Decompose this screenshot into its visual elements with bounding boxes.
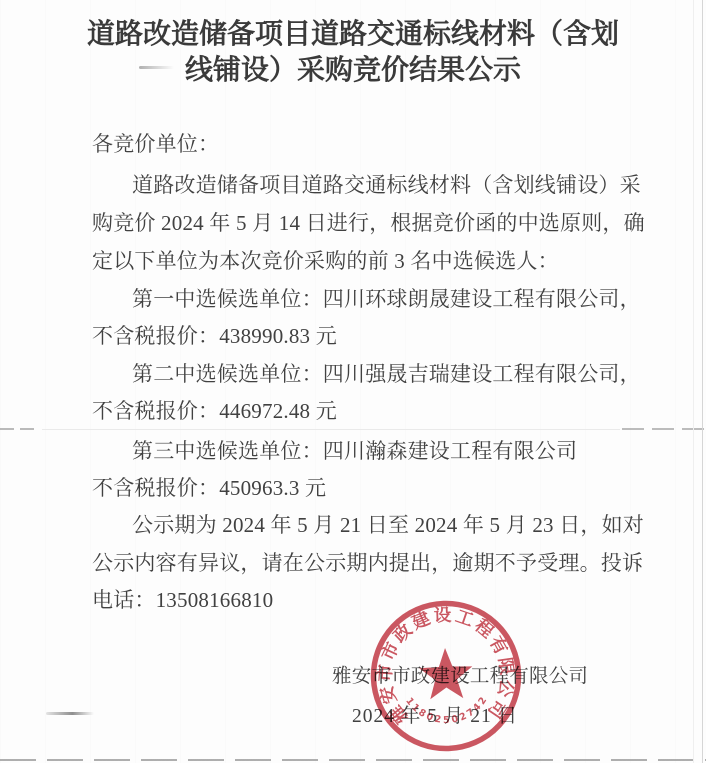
document-title-line-2: 线铺设）采购竞价结果公示 (0, 55, 706, 86)
body-line: 购竞价 2024 年 5 月 14 日进行，根据竞价函的中选原则，确 (92, 211, 645, 235)
body-line-salutation: 各竞价单位： (92, 132, 219, 156)
body-line-publicity-period: 公示期为 2024 年 5 月 21 日至 2024 年 5 月 23 日，如对 (132, 513, 644, 537)
scan-streak (622, 428, 706, 430)
body-line: 公示内容有异议，请在公示期内提出，逾期不予受理。投诉 (92, 551, 643, 575)
signature-company-name: 雅安市市政建设工程有限公司 (332, 660, 588, 688)
document-title-line-1: 道路改造储备项目道路交通标线材料（含划 (0, 19, 706, 50)
body-line: 定以下单位为本次竞价采购的前 3 名中选候选人： (92, 249, 559, 273)
scan-edge-line (702, 0, 703, 763)
body-line-first-price: 不含税报价：438990.83 元 (92, 324, 337, 348)
scan-streak (0, 428, 40, 430)
scan-edge-line (693, 0, 694, 763)
body-line-first-candidate: 第一中选候选单位：四川环球朗晟建设工程有限公司， (132, 287, 641, 311)
scan-edge-line (0, 759, 706, 761)
body-line-phone: 电话：13508166810 (92, 588, 273, 612)
body-line-second-candidate: 第二中选候选单位：四川强晟吉瑞建设工程有限公司， (132, 362, 641, 386)
scan-smudge-dash (46, 712, 94, 715)
body-line-second-price: 不含税报价：446972.48 元 (92, 399, 337, 423)
body-line: 道路改造储备项目道路交通标线材料（含划线铺设）采 (132, 173, 641, 197)
body-line-third-price: 不含税报价：450963.3 元 (92, 476, 326, 500)
body-line-third-candidate: 第三中选候选单位：四川瀚森建设工程有限公司 (132, 439, 577, 463)
scan-streak (42, 429, 620, 430)
signature-date: 2024 年 5 月 21 日 (352, 700, 518, 728)
scanned-announcement-page: 道路改造储备项目道路交通标线材料（含划 线铺设）采购竞价结果公示 各竞价单位： … (0, 0, 706, 763)
